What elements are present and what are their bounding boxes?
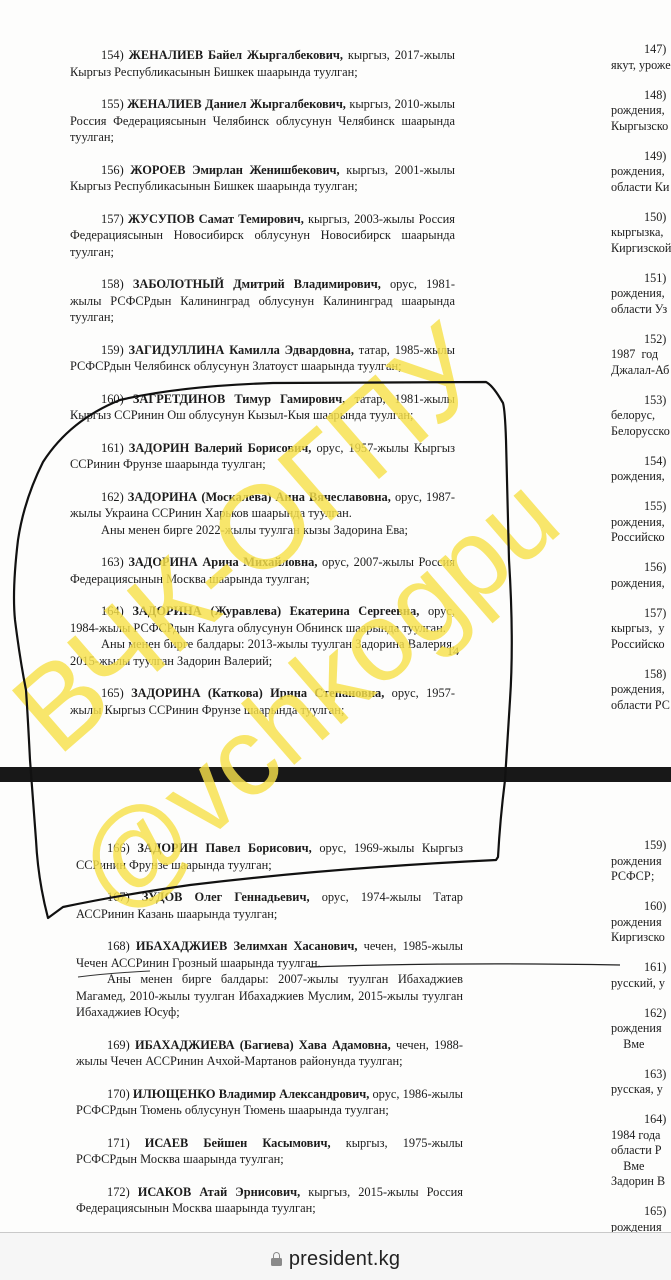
entry-number: 165) (611, 1204, 671, 1220)
russian-column-top: 147)якут, уроже148)рождения,Кыргызско149… (611, 42, 671, 728)
list-item: 162) ЗАДОРИНА (Москалева) Анна Вячеславо… (70, 489, 455, 539)
page-divider (0, 767, 671, 782)
entry-given-names: Байел Жыргалбекович, (208, 48, 343, 62)
entry-number: 151) (611, 271, 671, 287)
entry-surname: ЗАДОРИНА (131, 686, 200, 700)
entry-number: 162) (611, 1006, 671, 1022)
entry-number: 159) (101, 343, 124, 357)
entry-given-names: Эмирлан Женишбекович, (192, 163, 340, 177)
entry-birth-details: Федерациясынын Москва шаарында туулган; (76, 1201, 316, 1215)
list-item: 163)русская, у (611, 1067, 671, 1098)
list-item: 170) ИЛЮЩЕНКО Владимир Александрович, ор… (76, 1086, 463, 1119)
list-item: 152)1987 годДжалал-Аб (611, 332, 671, 379)
entry-number: 159) (611, 838, 671, 854)
list-item: 169) ИБАХАДЖИЕВА (Багиева) Хава Адамовна… (76, 1037, 463, 1070)
list-item: 153)белорус,Белорусско (611, 393, 671, 440)
list-item: 158) ЗАБОЛОТНЫЙ Дмитрий Владимирович, ор… (70, 276, 455, 326)
entry-number: 156) (101, 163, 124, 177)
entry-text-fragment: рождения (611, 854, 671, 870)
entry-number: 170) (107, 1087, 130, 1101)
document-page-top: 154) ЖЕНАЛИЕВ Байел Жыргалбекович, кыргы… (0, 0, 671, 767)
entry-text-fragment: Киргизской (611, 241, 671, 257)
list-item: 154) ЖЕНАЛИЕВ Байел Жыргалбекович, кыргы… (70, 47, 455, 80)
entry-number: 157) (101, 212, 124, 226)
list-item: 166) ЗАДОРИН Павел Борисович, орус, 1969… (76, 840, 463, 873)
entry-surname: ЗАДОРИНА (132, 604, 201, 618)
list-item: 167) ЗУДОВ Олег Геннадьевич, орус, 1974-… (76, 889, 463, 922)
entry-text-fragment: рождения (611, 1021, 671, 1037)
list-item: 147)якут, уроже (611, 42, 671, 73)
entry-given-names: (Москалева) Анна Вячеславовна, (201, 490, 391, 504)
list-item: 148)рождения,Кыргызско (611, 88, 671, 135)
entry-number: 147) (611, 42, 671, 58)
entry-text-fragment: Киргизско (611, 930, 671, 946)
list-item: 157) ЖУСУПОВ Самат Темирович, кыргыз, 20… (70, 211, 455, 261)
entry-surname: ИБАХАДЖИЕВА (135, 1038, 235, 1052)
list-item: 164)1984 годаобласти Р ВмеЗадорин В (611, 1112, 671, 1190)
url-text[interactable]: president.kg (289, 1248, 400, 1271)
entry-nationality: орус, (372, 1087, 399, 1101)
entry-number: 163) (611, 1067, 671, 1083)
entry-nationality: орус, (392, 686, 419, 700)
entry-number: 164) (101, 604, 124, 618)
entry-text-fragment: якут, уроже (611, 58, 671, 74)
entry-given-names: Арина Михайловна, (202, 555, 317, 569)
entry-text-fragment: рождения, (611, 286, 671, 302)
entry-text-fragment: кыргыз, у (611, 621, 671, 637)
list-item: 159)рожденияРСФСР; (611, 838, 671, 885)
entry-surname: ЖУСУПОВ (128, 212, 195, 226)
entry-given-names: Тимур Гамирович, (234, 392, 345, 406)
entry-surname: ИЛЮЩЕНКО (133, 1087, 216, 1101)
list-item: 158)рождения,области РС (611, 667, 671, 714)
list-item: 161) ЗАДОРИН Валерий Борисович, орус, 19… (70, 440, 455, 473)
entry-text-fragment: русская, у (611, 1082, 671, 1098)
list-item: 164) ЗАДОРИНА (Журавлева) Екатерина Серг… (70, 603, 455, 669)
entry-number: 171) (107, 1136, 130, 1150)
entry-surname: ЗАДОРИНА (128, 555, 197, 569)
entry-number: 169) (107, 1038, 130, 1052)
entry-text-fragment: рождения (611, 915, 671, 931)
entry-surname: ЗАДОРИН (129, 441, 190, 455)
url-display[interactable]: president.kg (271, 1248, 400, 1271)
entry-text-fragment: рождения, (611, 576, 671, 592)
entry-number: 165) (101, 686, 124, 700)
entry-number: 157) (611, 606, 671, 622)
entry-given-names: (Каткова) Ирина Степановна, (208, 686, 384, 700)
entry-text-fragment: Российско (611, 637, 671, 653)
list-item: 156) ЖОРОЕВ Эмирлан Женишбекович, кыргыз… (70, 162, 455, 195)
list-item: 163) ЗАДОРИНА Арина Михайловна, орус, 20… (70, 554, 455, 587)
entry-birth-details: 1984-жылы РСФСРдын Калуга облусунун Обни… (70, 621, 446, 635)
entry-surname: ИБАХАДЖИЕВ (136, 939, 227, 953)
entry-number: 148) (611, 88, 671, 104)
list-item: 154)рождения, (611, 454, 671, 485)
entry-text-fragment: 1987 год (611, 347, 671, 363)
entry-nationality: кыргыз, 2003-жылы (308, 212, 414, 226)
entry-text-fragment: Вме (611, 1159, 671, 1175)
entry-given-names: Зелимхан Хасанович, (233, 939, 357, 953)
entry-given-names: Камилла Эдвардовна, (229, 343, 354, 357)
entry-given-names: Бейшен Касымович, (203, 1136, 330, 1150)
entry-number: 150) (611, 210, 671, 226)
entry-nationality: орус, (390, 277, 417, 291)
entry-number: 167) (107, 890, 130, 904)
list-item: 160) ЗАГРЕТДИНОВ Тимур Гамирович, татар,… (70, 391, 455, 424)
entry-surname: ЖЕНАЛИЕВ (129, 48, 204, 62)
entry-number: 172) (107, 1185, 130, 1199)
entry-text-fragment: 1984 года (611, 1128, 671, 1144)
entry-nationality: орус, (428, 604, 455, 618)
entry-surname: ЗАГИДУЛЛИНА (129, 343, 225, 357)
entry-nationality: кыргыз, 2001-жылы (346, 163, 455, 177)
entry-text-fragment: области Ки (611, 180, 671, 196)
entry-text-fragment: Джалал-Аб (611, 363, 671, 379)
entry-text-fragment: рождения, (611, 682, 671, 698)
list-item: 161)русский, у (611, 960, 671, 991)
list-item: 165)рождения (611, 1204, 671, 1232)
entry-surname: ЗАГРЕТДИНОВ (133, 392, 225, 406)
entry-surname: ЗАДОРИН (137, 841, 198, 855)
entry-given-names: Павел Борисович, (205, 841, 311, 855)
entry-birth-details: РСФСРдын Москва шаарында туулган; (76, 1152, 284, 1166)
entry-nationality: кыргыз, (349, 97, 391, 111)
entry-given-names: Олег Геннадьевич, (195, 890, 310, 904)
list-item: 155)рождения,Российско (611, 499, 671, 546)
entry-text-fragment: Задорин В (611, 1174, 671, 1190)
list-item: 162)рождения Вме (611, 1006, 671, 1053)
lock-icon (271, 1252, 282, 1266)
entry-number: 158) (101, 277, 124, 291)
entry-nationality: чечен, (364, 939, 397, 953)
entry-children-note: Аны менен бирге балдары: 2013-жылы туулг… (70, 636, 455, 669)
entry-number: 168) (107, 939, 130, 953)
entry-nationality: орус, 1957-жылы (316, 441, 408, 455)
list-item: 168) ИБАХАДЖИЕВ Зелимхан Хасанович, чече… (76, 938, 463, 1021)
entry-nationality: кыргыз, 2015-жылы Россия (308, 1185, 463, 1199)
entry-number: 163) (101, 555, 124, 569)
entry-number: 152) (611, 332, 671, 348)
entry-given-names: (Журавлева) Екатерина Сергеевна, (210, 604, 419, 618)
entry-text-fragment: РСФСР; (611, 869, 671, 885)
entry-number: 154) (101, 48, 124, 62)
entry-given-names: (Багиева) Хава Адамовна, (240, 1038, 391, 1052)
entry-number: 156) (611, 560, 671, 576)
entries-list-bottom: 166) ЗАДОРИН Павел Борисович, орус, 1969… (76, 840, 463, 1232)
entry-number: 155) (101, 97, 124, 111)
entry-text-fragment: кыргызка, (611, 225, 671, 241)
entry-nationality: орус, 1969-жылы Кыргыз (319, 841, 463, 855)
list-item: 171) ИСАЕВ Бейшен Касымович, кыргыз, 197… (76, 1135, 463, 1168)
entry-given-names: Дмитрий Владимирович, (233, 277, 381, 291)
list-item: 156)рождения, (611, 560, 671, 591)
list-item: 159) ЗАГИДУЛЛИНА Камилла Эдвардовна, тат… (70, 342, 455, 375)
entry-text-fragment: Кыргызско (611, 119, 671, 135)
russian-column-bottom: 159)рожденияРСФСР;160)рожденияКиргизско1… (611, 838, 671, 1232)
entry-surname: ИСАКОВ (138, 1185, 192, 1199)
entry-number: 166) (107, 841, 130, 855)
entry-birth-details: АССРинин Казань шаарында туулган; (76, 907, 277, 921)
entry-number: 161) (611, 960, 671, 976)
entry-birth-details: Кыргыз Республикасынын Бишкек шаарында т… (70, 179, 358, 193)
list-item: 155) ЖЕНАЛИЕВ Даниел Жыргалбекович, кырг… (70, 96, 455, 146)
entry-text-fragment: рождения, (611, 103, 671, 119)
entry-nationality: кыргыз, (348, 48, 390, 62)
list-item: 172) ИСАКОВ Атай Эрнисович, кыргыз, 2015… (76, 1184, 463, 1217)
entry-number: 149) (611, 149, 671, 165)
entry-birth-details: Кыргыз ССРинин Ош облусунун Кызыл-Кыя ша… (70, 408, 414, 422)
entry-nationality: орус, 2007-жылы (322, 555, 414, 569)
entry-surname: ЗАБОЛОТНЫЙ (133, 277, 224, 291)
list-item: 150)кыргызка,Киргизской (611, 210, 671, 257)
entry-given-names: Самат Темирович, (199, 212, 304, 226)
entry-given-names: Даниел Жыргалбекович, (205, 97, 346, 111)
entry-number: 158) (611, 667, 671, 683)
entry-surname: ЗАДОРИНА (128, 490, 197, 504)
entry-number: 162) (101, 490, 124, 504)
entry-surname: ЖЕНАЛИЕВ (127, 97, 202, 111)
entry-number: 155) (611, 499, 671, 515)
entry-number: 160) (101, 392, 124, 406)
list-item: 157)кыргыз, уРоссийско (611, 606, 671, 653)
browser-address-bar[interactable]: president.kg (0, 1232, 671, 1280)
entry-surname: ЗУДОВ (142, 890, 183, 904)
entry-given-names: Владимир Александрович, (219, 1087, 370, 1101)
list-item: 160)рожденияКиргизско (611, 899, 671, 946)
entry-surname: ЖОРОЕВ (130, 163, 185, 177)
entry-text-fragment: русский, у (611, 976, 671, 992)
entry-nationality: чечен, (396, 1038, 429, 1052)
entry-number: 164) (611, 1112, 671, 1128)
entry-text-fragment: области РС (611, 698, 671, 714)
entry-nationality: кыргыз, 1975-жылы (346, 1136, 463, 1150)
entry-text-fragment: области Уз (611, 302, 671, 318)
page-number: 14 (447, 644, 459, 659)
entry-text-fragment: рождения, (611, 469, 671, 485)
document-page-bottom: 166) ЗАДОРИН Павел Борисович, орус, 1969… (0, 782, 671, 1232)
entry-number: 154) (611, 454, 671, 470)
entry-children-note: Аны менен бирге 2022-жылы туулган кызы З… (70, 522, 455, 539)
entry-nationality: татар, (359, 343, 390, 357)
list-item: 165) ЗАДОРИНА (Каткова) Ирина Степановна… (70, 685, 455, 718)
entry-text-fragment: Вме (611, 1037, 671, 1053)
entry-text-fragment: Белорусско (611, 424, 671, 440)
entry-text-fragment: рождения, (611, 164, 671, 180)
entry-nationality: татар, 1981-жылы (354, 392, 455, 406)
entry-given-names: Валерий Борисович, (194, 441, 311, 455)
entry-children-note: Аны менен бирге балдары: 2007-жылы туулг… (76, 971, 463, 1021)
entry-nationality: орус, (395, 490, 422, 504)
entry-number: 161) (101, 441, 124, 455)
list-item: 149)рождения,области Ки (611, 149, 671, 196)
entry-text-fragment: Российско (611, 530, 671, 546)
entry-nationality: орус, 1974-жылы Татар (322, 890, 463, 904)
entry-given-names: Атай Эрнисович, (199, 1185, 300, 1199)
entry-surname: ИСАЕВ (145, 1136, 188, 1150)
entry-text-fragment: рождения, (611, 515, 671, 531)
entry-number: 160) (611, 899, 671, 915)
entry-text-fragment: области Р (611, 1143, 671, 1159)
entries-list-top: 154) ЖЕНАЛИЕВ Байел Жыргалбекович, кыргы… (70, 47, 455, 734)
entry-text-fragment: белорус, (611, 408, 671, 424)
entry-text-fragment: рождения (611, 1220, 671, 1233)
list-item: 151)рождения,области Уз (611, 271, 671, 318)
entry-number: 153) (611, 393, 671, 409)
entry-birth-details: ССРинин Фрунзе шаарында туулган; (76, 858, 272, 872)
